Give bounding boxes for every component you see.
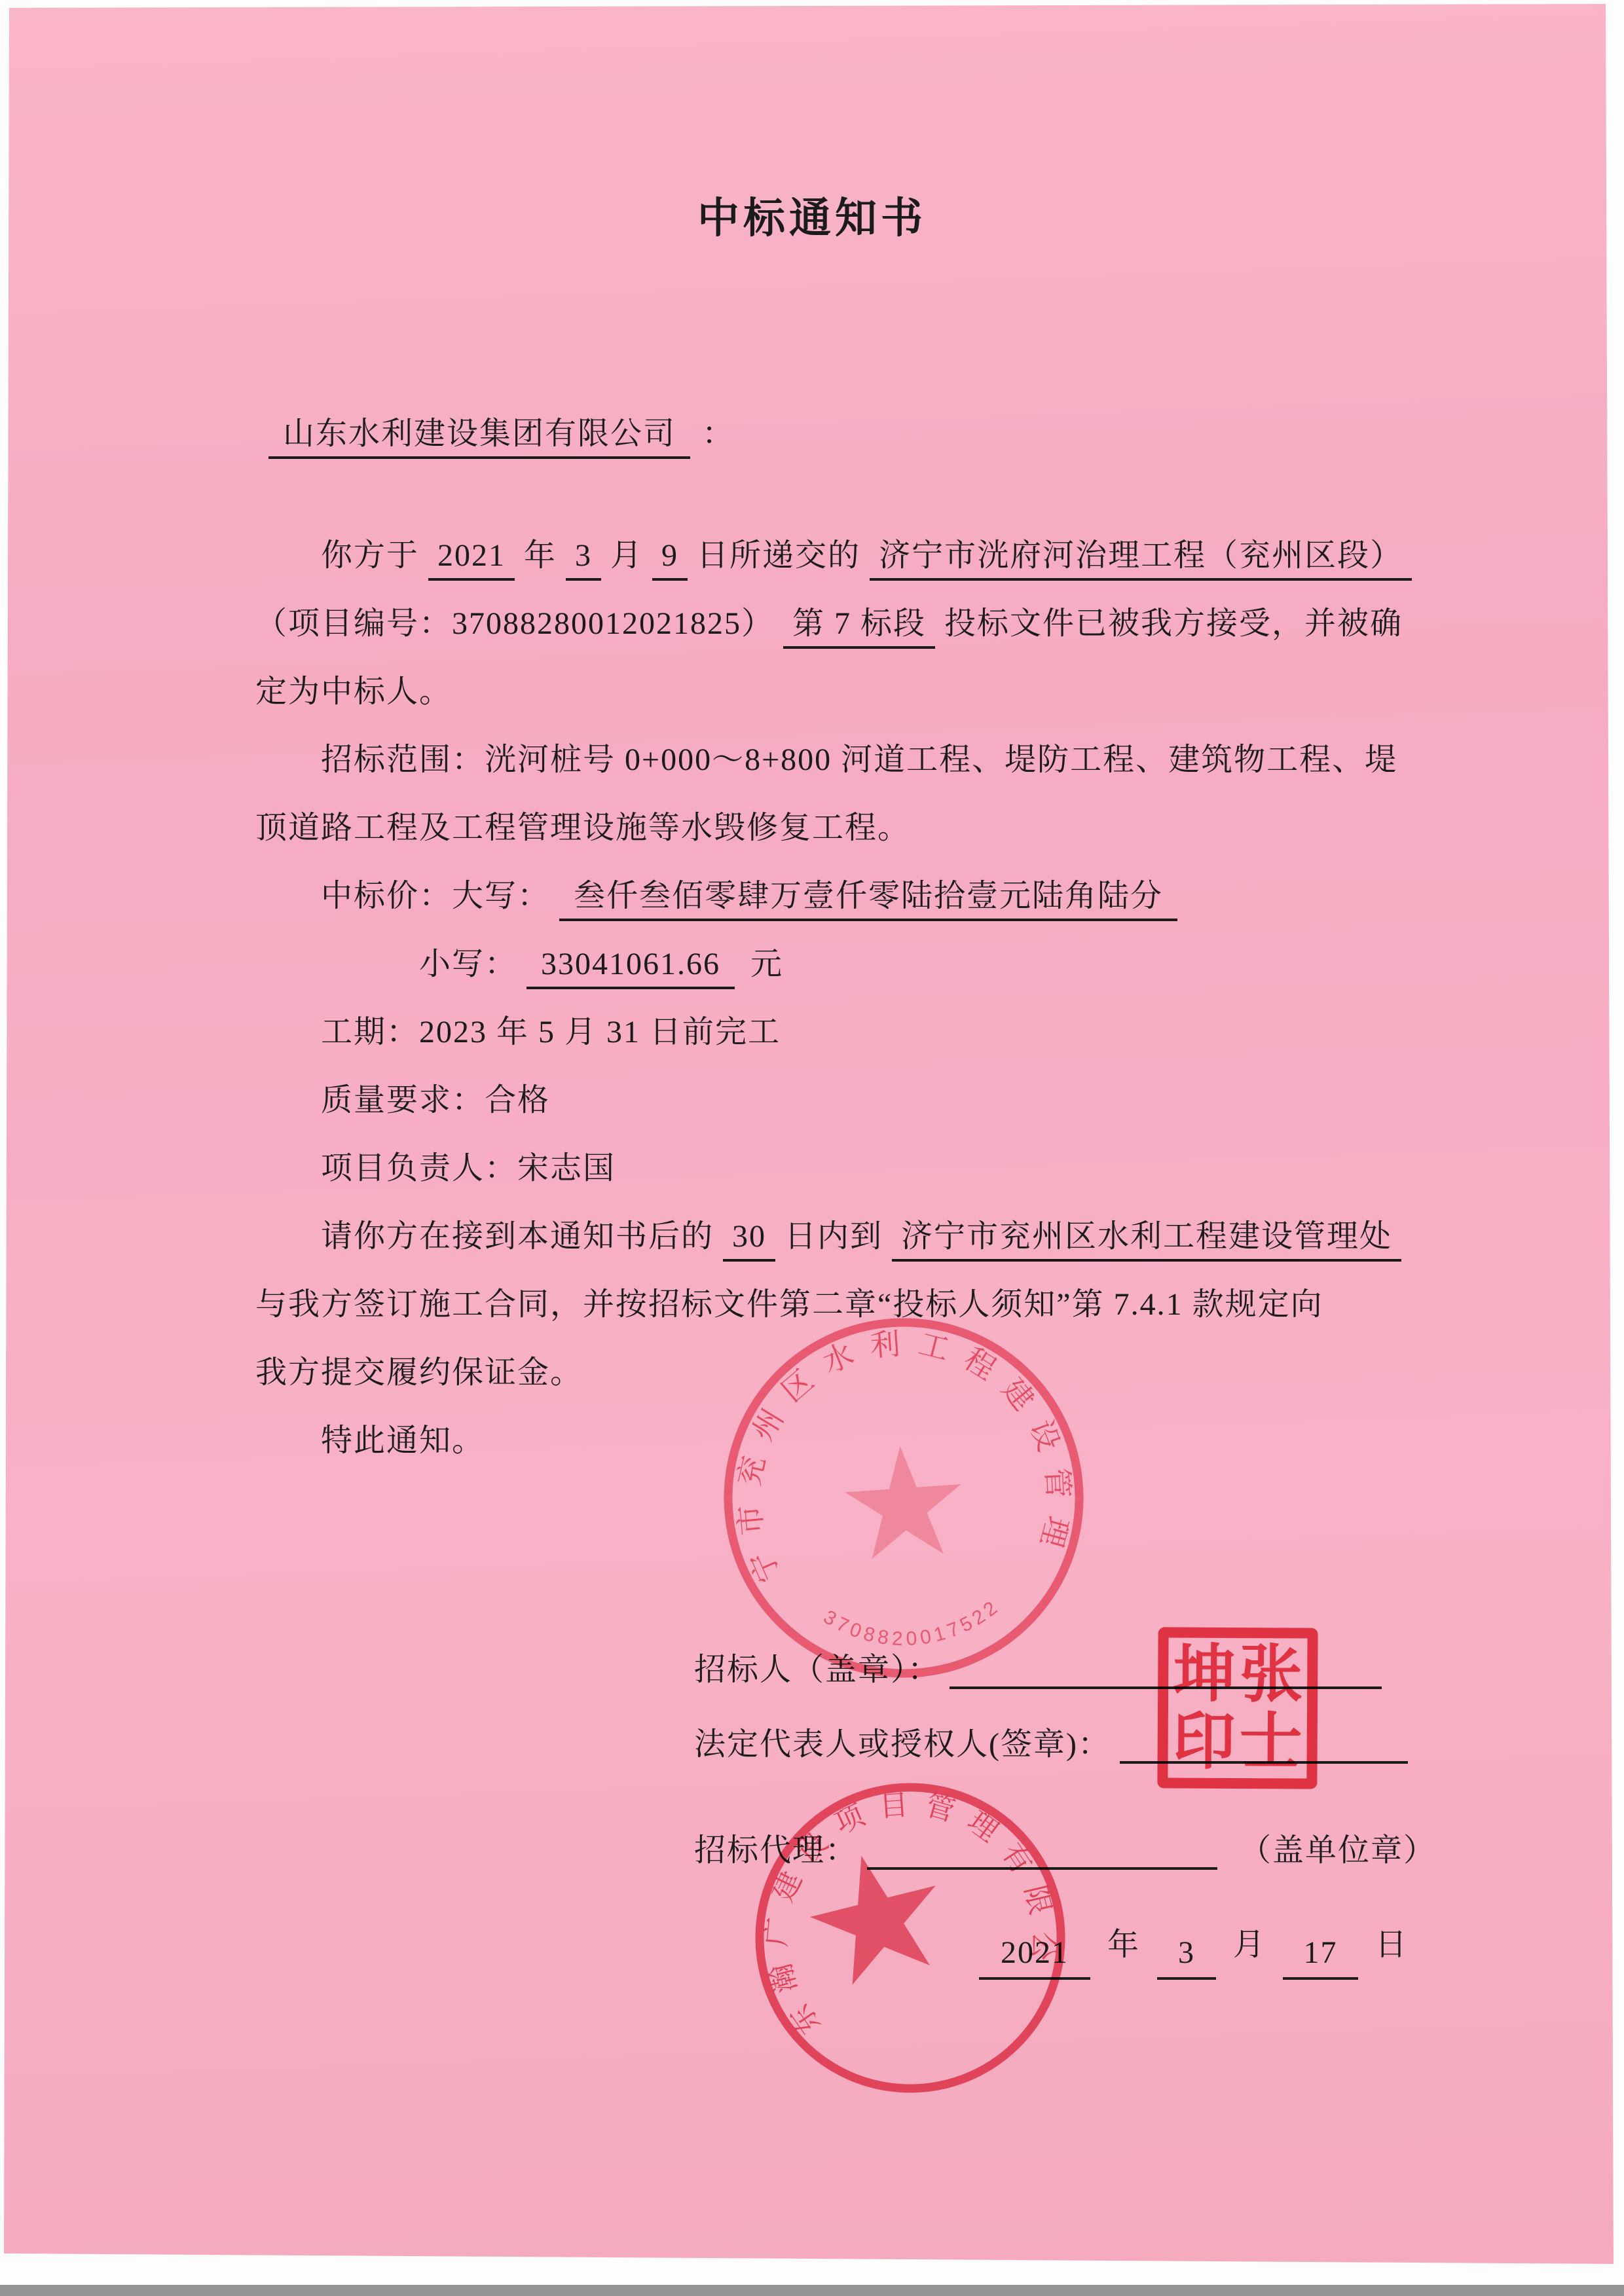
text-run: 中标价：大写： (321, 879, 550, 913)
para-quality: 质量要求：合格 (255, 1080, 1464, 1121)
text-run: 日内到 (784, 1219, 883, 1254)
blank-day: 9 (652, 538, 688, 581)
text-run: 你方于 (321, 538, 419, 573)
para-scope-1: 招标范围：洸河桩号 0+000～8+800 河道工程、堤防工程、建筑物工程、堤 (255, 740, 1464, 780)
text-run: 小写： (419, 947, 517, 981)
para-duration: 工期：2023 年 5 月 31 日前完工 (255, 1012, 1464, 1053)
date-month-blank: 3 (1157, 1933, 1216, 1980)
text-run: 日所递交的 (697, 538, 860, 573)
text-run: （项目编号：37088280012021825） (255, 606, 774, 641)
para-submission-3: 定为中标人。 (255, 672, 1398, 712)
scanned-page: 中标通知书 山东水利建设集团有限公司： 你方于 2021 年 3 月 9 日所递… (0, 0, 1624, 2296)
seal-char: 坤 (1173, 1643, 1236, 1706)
stamp-org-code: 3708820017522 (819, 1594, 1006, 1656)
para-project-manager: 项目负责人：宋志国 (255, 1148, 1464, 1189)
date-day-unit: 日 (1375, 1927, 1408, 1962)
seal-char: 张 (1240, 1643, 1303, 1707)
text-run: 月 (610, 538, 643, 573)
date-day-blank: 17 (1283, 1933, 1358, 1980)
para-submission-1: 你方于 2021 年 3 月 9 日所递交的 济宁市洸府河治理工程（兖州区段） (255, 536, 1464, 576)
para-contract-1: 请你方在接到本通知书后的 30 日内到 济宁市兖州区水利工程建设管理处 (255, 1216, 1464, 1257)
star-icon (799, 1840, 954, 1991)
blank-days: 30 (723, 1219, 775, 1262)
blank-year: 2021 (428, 538, 515, 581)
personal-square-seal: 坤 张 印 士 (1157, 1627, 1318, 1789)
blank-price-figures: 33041061.66 (526, 947, 735, 989)
blank-project-name: 济宁市洸府河治理工程（兖州区段） (870, 538, 1412, 581)
sig-legal-label: 法定代表人或授权人(签章)： (694, 1727, 1111, 1762)
blank-bid-section: 第 7 标段 (783, 606, 935, 649)
para-scope-2: 顶道路工程及工程管理设施等水毁修复工程。 (255, 808, 1398, 848)
recipient-line: 山东水利建设集团有限公司： (268, 414, 1411, 454)
unit-seal-note: （盖单位章） (1240, 1833, 1436, 1868)
text-run: 投标文件已被我方接受，并被确 (944, 606, 1403, 641)
recipient-colon: ： (702, 416, 735, 451)
para-price-words: 中标价：大写： 叁仟叁佰零肆万壹仟零陆拾壹元陆角陆分 (255, 876, 1464, 917)
date-year-unit: 年 (1107, 1927, 1140, 1962)
org-round-stamp: 济宁市兖州区水利工程建设管理处 3708820017522 (705, 1299, 1103, 1697)
blank-month: 3 (566, 538, 601, 581)
text-run: 年 (524, 538, 557, 573)
blank-org-name: 济宁市兖州区水利工程建设管理处 (892, 1219, 1401, 1262)
para-submission-2: （项目编号：37088280012021825） 第 7 标段 投标文件已被我方… (255, 604, 1398, 644)
scan-edge-band (0, 2285, 1624, 2296)
svg-text:3708820017522: 3708820017522 (819, 1594, 1006, 1656)
blank-price-words: 叁仟叁佰零肆万壹仟零陆拾壹元陆角陆分 (559, 879, 1177, 921)
seal-char: 印 (1172, 1710, 1236, 1774)
date-month-unit: 月 (1233, 1927, 1266, 1962)
para-price-figures: 小写： 33041061.66 元 (255, 944, 1562, 985)
seal-char: 士 (1239, 1711, 1302, 1774)
page-title: 中标通知书 (0, 185, 1624, 245)
star-icon (842, 1442, 966, 1561)
text-run: 元 (750, 947, 783, 981)
text-run: 请你方在接到本通知书后的 (321, 1219, 714, 1254)
recipient-name: 山东水利建设集团有限公司 (268, 416, 690, 459)
